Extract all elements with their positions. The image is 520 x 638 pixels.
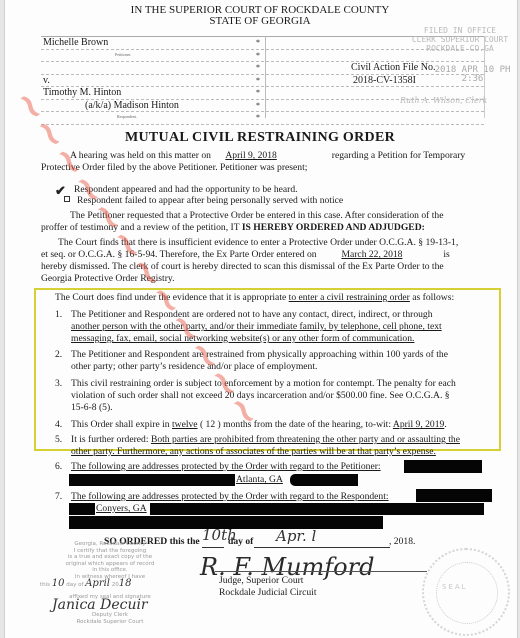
finding-line-3: hereby dismissed. The clerk of court is … — [41, 261, 444, 273]
finding-num-4: 4. — [55, 419, 62, 431]
hearing-text-2: Protective Order filed by the above Peti… — [41, 162, 307, 174]
finding-3-line-1: This civil restraining order is subject … — [71, 378, 456, 390]
caption-star: * — [256, 38, 260, 47]
judge-signature-line — [215, 571, 427, 572]
ex-parte-date: March 22, 2018 — [319, 249, 425, 261]
day-of-label: day of — [228, 536, 253, 548]
so-ordered-year: , 2018. — [389, 536, 415, 548]
redaction — [69, 474, 235, 486]
redaction — [416, 489, 492, 502]
certification-date: this 10 day of April 2018 — [40, 581, 190, 589]
caption-divider — [265, 36, 266, 118]
finding-line-2: et seq. or O.C.G.A. § 16-5-94. Therefore… — [41, 249, 450, 261]
finding-line-4: Georgia Protective Order Registry. — [41, 273, 174, 285]
request-line-1: The Petitioner requested that a Protecti… — [70, 210, 444, 222]
respondent-city: Conyers, GA — [96, 503, 147, 515]
respondent-name: Timothy M. Hinton — [43, 87, 121, 98]
finding-1-line-2: another person with the other party, and… — [71, 321, 442, 333]
finding-1-line-3: messaging, fax, email, social networking… — [71, 333, 414, 345]
respondent-aka: (a/k/a) Madison Hinton — [85, 100, 179, 111]
hearing-text: A hearing was held on this matter on Apr… — [70, 150, 465, 162]
filing-stamp: FILED IN OFFICE CLERK SUPERIOR COURT ROC… — [410, 26, 510, 53]
finding-2-line-2: other party; other party’s residence and… — [71, 361, 317, 373]
respondent-address-text: The following are addresses protected by… — [71, 491, 389, 503]
caption-star: * — [256, 88, 260, 97]
finding-num-5: 5. — [55, 434, 62, 446]
deputy-clerk-signature: Janica Decuir — [52, 597, 148, 613]
judge-title-1: Judge, Superior Court — [219, 575, 303, 587]
deputy-clerk-title: Deputy Clerk Rockdale Superior Court — [45, 612, 175, 625]
finding-5-line-1: It is further ordered: Both parties are … — [71, 434, 460, 446]
finding-line-1: The Court finds that there is insufficie… — [58, 237, 458, 249]
finding-3-line-3: 15-6-8 (5). — [71, 402, 113, 414]
file-number-label: Civil Action File No. — [351, 62, 435, 73]
finding-num-2: 2. — [55, 349, 62, 361]
so-ordered-month: Apr. l — [276, 527, 316, 545]
caption-star: * — [256, 63, 260, 72]
day-line — [202, 547, 224, 548]
expiry-date: April 9, 2019 — [393, 419, 444, 430]
hearing-date: April 9, 2018 — [213, 150, 319, 162]
term-word: twelve — [172, 419, 198, 430]
versus-label: v. — [43, 75, 50, 86]
caption-star: * — [256, 51, 260, 60]
redaction — [150, 503, 484, 515]
finding-5-line-2: other party. Furthermore, any actions of… — [71, 446, 436, 458]
caption-star: * — [256, 101, 260, 110]
judge-title-2: Rockdale Judicial Circuit — [219, 587, 317, 599]
redaction — [404, 460, 482, 473]
option-failed: Respondent failed to appear after being … — [77, 195, 343, 207]
clerk-signature: Ruth A. Wilson, Clerk — [400, 96, 487, 105]
petitioner-name: Michelle Brown — [43, 37, 108, 48]
court-seal: SEAL — [422, 548, 510, 636]
finding-2-line-1: The Petitioner and Respondent are restra… — [71, 349, 448, 361]
address-num-6: 6. — [55, 461, 62, 473]
caption-star: * — [256, 113, 260, 122]
finding-num-1: 1. — [55, 309, 62, 321]
petitioner-city: Atlanta, GA — [236, 474, 283, 486]
respondent-label: Respondent. — [117, 114, 137, 119]
petitioner-address-text: The following are addresses protected by… — [71, 461, 381, 473]
file-number: 2018-CV-1358I — [353, 75, 416, 86]
redaction — [69, 503, 95, 515]
certification-text: Georgia, Rockdale County I certify that … — [45, 541, 175, 580]
filing-stamp-datetime: 2018 APR 10 PH 2:36 — [425, 66, 520, 84]
finding-3-line-2: violation of such order shall not exceed… — [71, 390, 450, 402]
redaction — [290, 474, 358, 486]
findings-intro: The Court does find under the evidence t… — [55, 292, 454, 304]
month-line — [254, 547, 390, 548]
order-title: MUTUAL CIVIL RESTRAINING ORDER — [0, 130, 520, 146]
finding-1-line-1: The Petitioner and Respondent are ordere… — [71, 309, 433, 321]
finding-num-3: 3. — [55, 378, 62, 390]
finding-4: This Order shall expire in twelve ( 12 )… — [71, 419, 447, 431]
checkbox-icon — [64, 196, 70, 202]
request-line-2: proffer of testimony and a review of the… — [41, 222, 425, 234]
caption-star: * — [256, 76, 260, 85]
address-num-7: 7. — [55, 491, 62, 503]
petitioner-label: Petitioner. — [115, 52, 131, 57]
